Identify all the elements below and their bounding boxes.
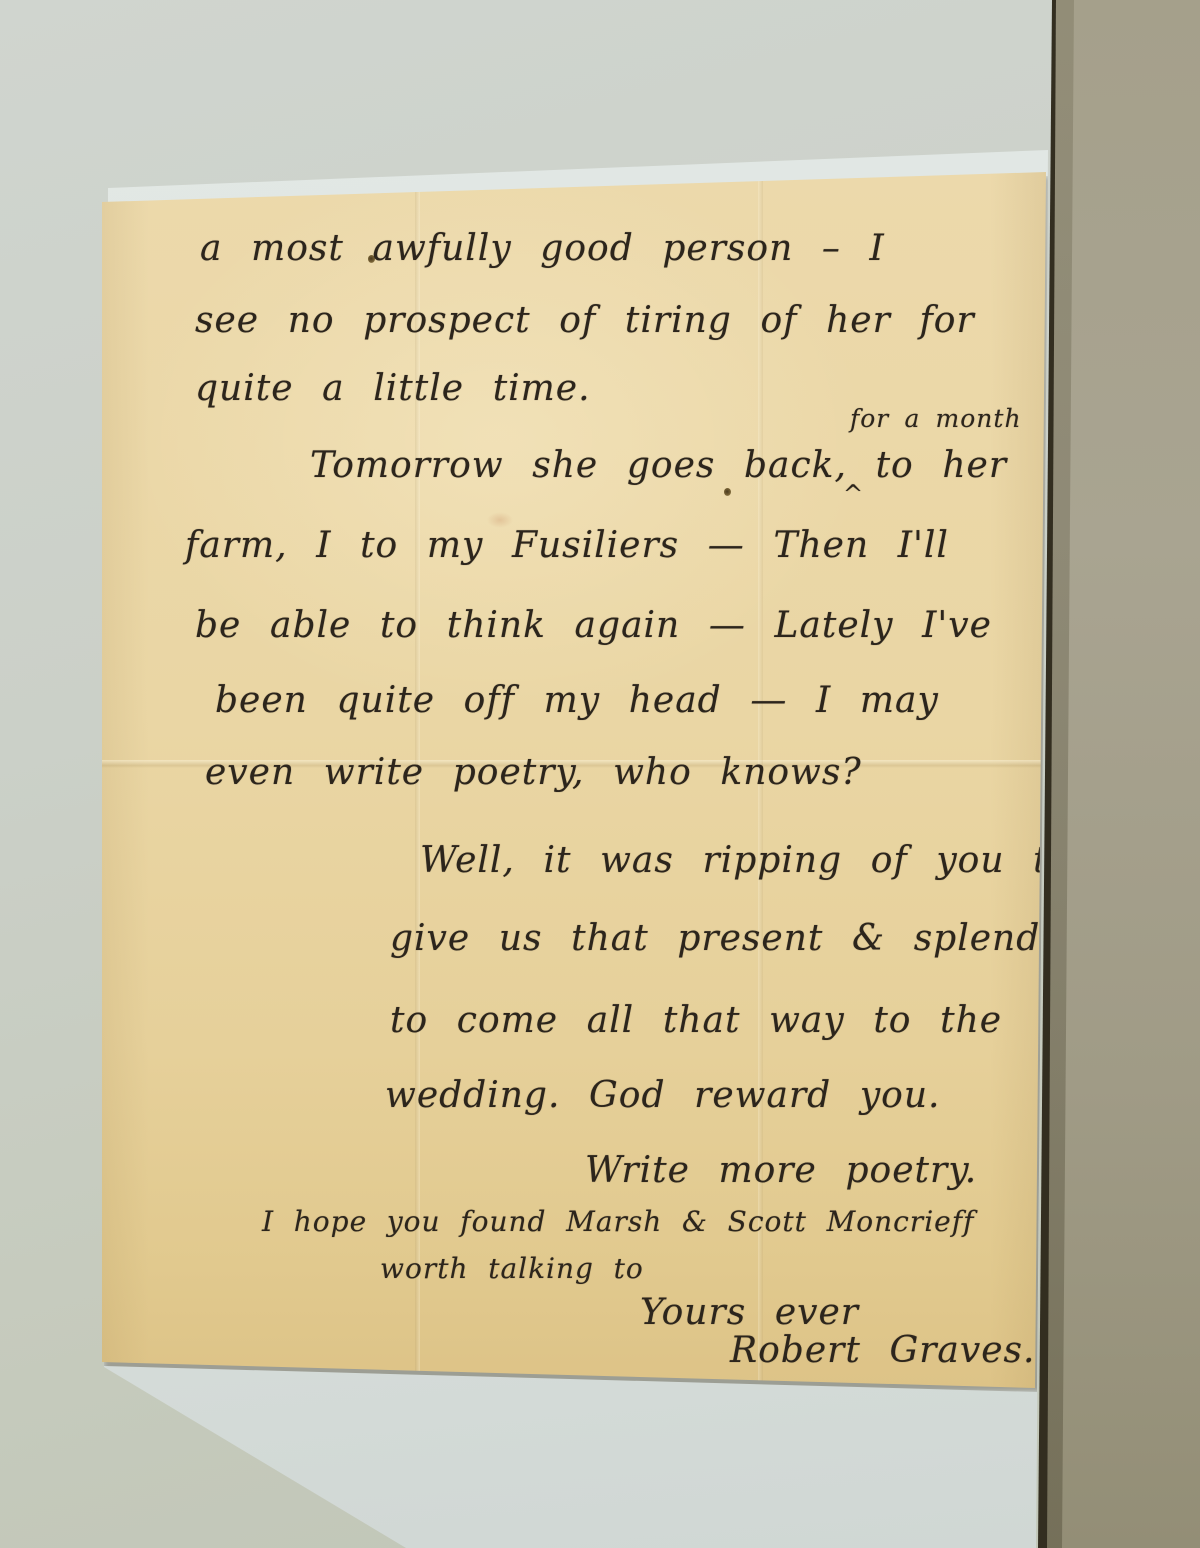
letter-line: Well, it was ripping of you to: [420, 840, 1071, 881]
letter-line: farm, I to my Fusiliers — Then I'll: [185, 525, 949, 566]
signature: Robert Graves.: [730, 1330, 1035, 1371]
letter-line: Write more poetry.: [585, 1150, 977, 1191]
letter-line: worth talking to: [380, 1252, 644, 1285]
letter-line: be able to think again — Lately I've: [195, 605, 992, 646]
handwriting-layer: a most awfully good person – I see no pr…: [102, 172, 1046, 1388]
closing-line: Yours ever: [640, 1292, 859, 1333]
letter-line: to come all that way to the: [390, 1000, 1002, 1041]
letter-line: even write poetry, who knows?: [205, 752, 862, 793]
letter-line: I hope you found Marsh & Scott Moncrieff: [262, 1205, 974, 1238]
letter-line: see no prospect of tiring of her for: [195, 300, 975, 341]
letter-line: been quite off my head — I may: [215, 680, 939, 721]
letter-line: quite a little time.: [195, 368, 591, 409]
letter-page: a most awfully good person – I see no pr…: [102, 172, 1046, 1388]
letter-line: Tomorrow she goes back, to her: [310, 445, 1007, 486]
letter-line: wedding. God reward you.: [385, 1075, 941, 1116]
letter-photograph: a most awfully good person – I see no pr…: [0, 0, 1200, 1548]
letter-line: a most awfully good person – I: [200, 228, 885, 269]
letter-line: give us that present & splendid: [390, 918, 1077, 959]
interlined-insertion: for a month: [850, 404, 1022, 433]
